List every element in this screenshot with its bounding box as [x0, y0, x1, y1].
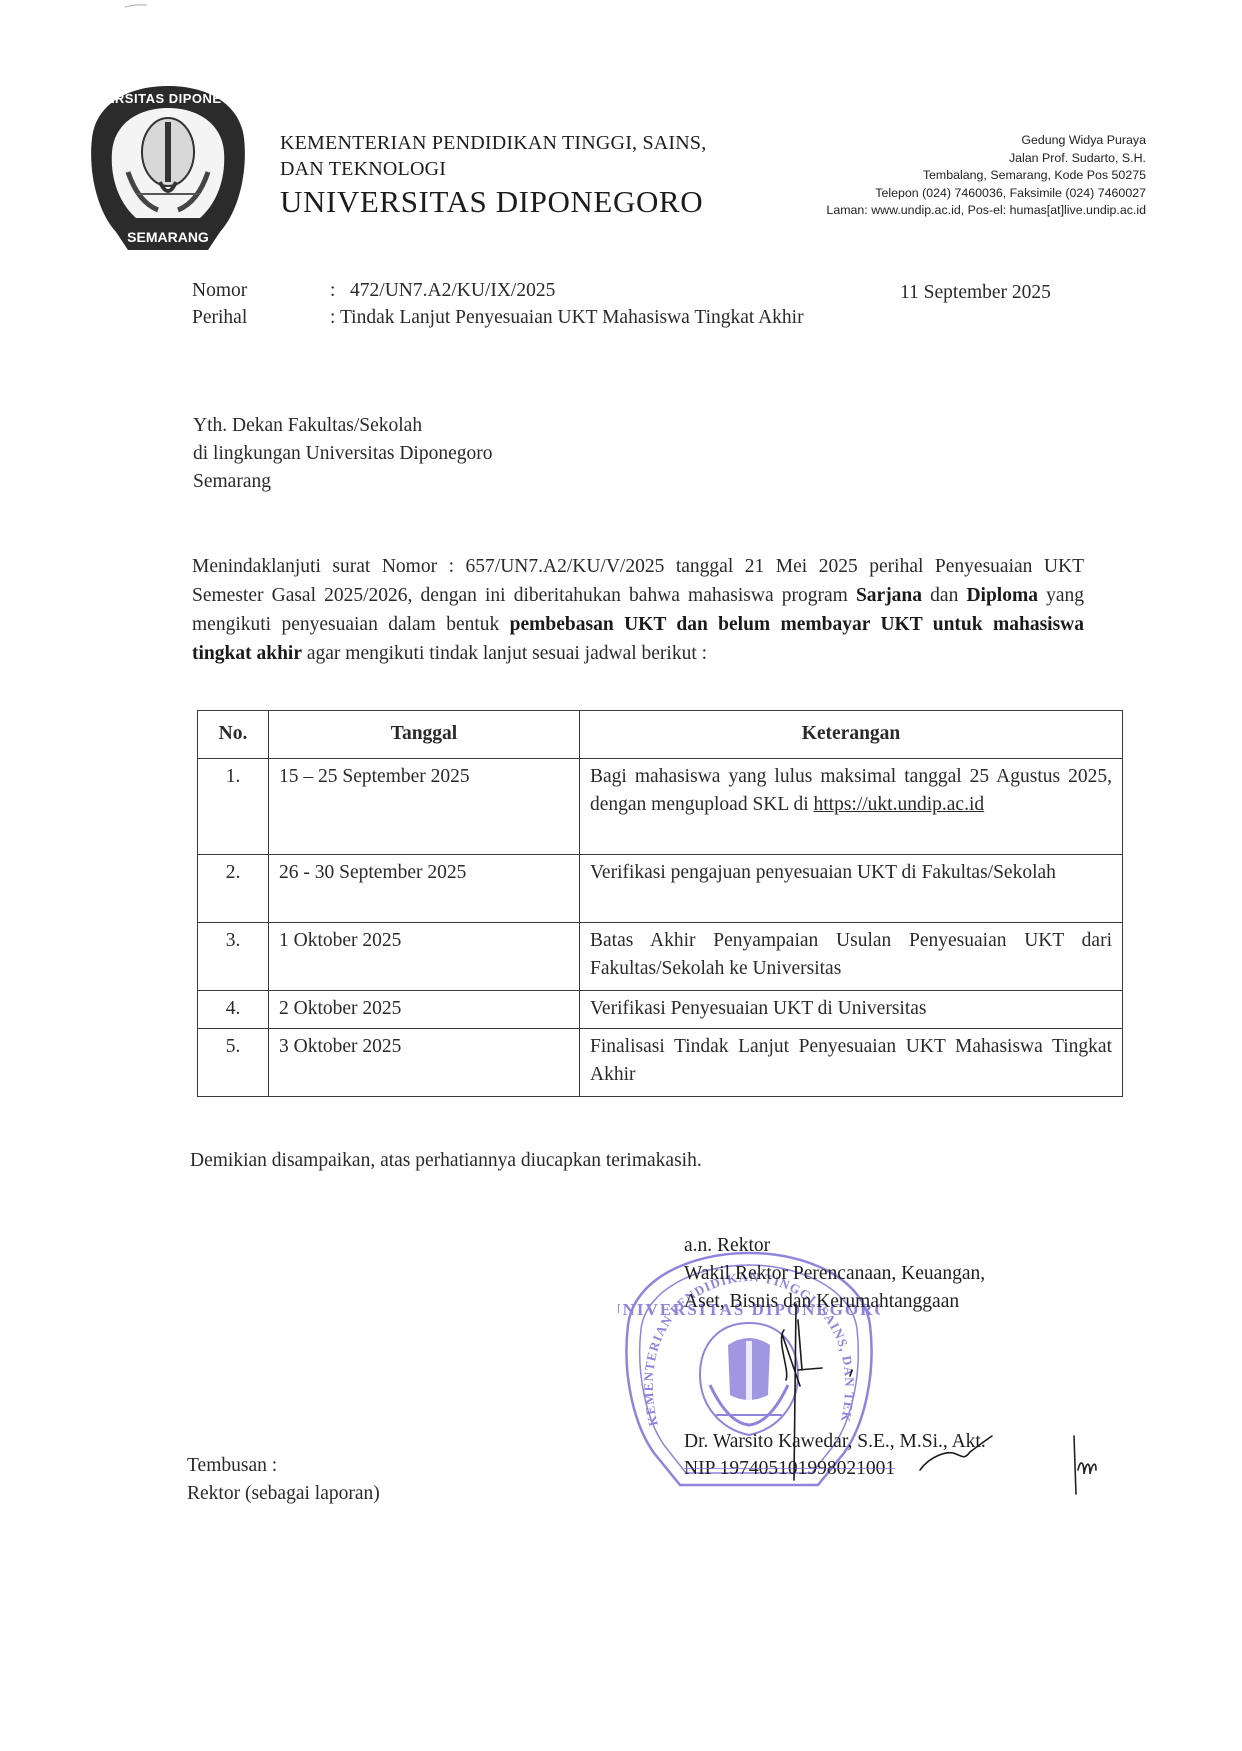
recipient-line-3: Semarang — [193, 468, 493, 496]
body-text: dan — [922, 585, 966, 606]
row-keterangan: Finalisasi Tindak Lanjut Penyesuaian UKT… — [580, 1029, 1123, 1097]
row-no: 2. — [198, 855, 269, 923]
table-row: 1. 15 – 25 September 2025 Bagi mahasiswa… — [198, 759, 1123, 855]
row-keterangan: Verifikasi Penyesuaian UKT di Universita… — [580, 991, 1123, 1029]
address-phone: Telepon (024) 7460036, Faksimile (024) 7… — [826, 185, 1146, 203]
table-row: 5. 3 Oktober 2025 Finalisasi Tindak Lanj… — [198, 1029, 1123, 1097]
row-keterangan: Verifikasi pengajuan penyesuaian UKT di … — [580, 855, 1123, 923]
letter-date: 11 September 2025 — [900, 282, 1051, 304]
row-keterangan: Bagi mahasiswa yang lulus maksimal tangg… — [580, 759, 1123, 855]
ukt-portal-link[interactable]: https://ukt.undip.ac.id — [814, 794, 985, 815]
schedule-table: No. Tanggal Keterangan 1. 15 – 25 Septem… — [197, 710, 1123, 1097]
address-web-email: Laman: www.undip.ac.id, Pos-el: humas[at… — [826, 202, 1146, 220]
row-tanggal: 1 Oktober 2025 — [269, 923, 580, 991]
tembusan-label: Tembusan : — [187, 1452, 380, 1480]
carbon-copy-block: Tembusan : Rektor (sebagai laporan) — [187, 1452, 380, 1508]
handwritten-signature-icon — [780, 1300, 1100, 1500]
ministry-name: KEMENTERIAN PENDIDIKAN TINGGI, SAINS, DA… — [280, 130, 706, 182]
table-row: 4. 2 Oktober 2025 Verifikasi Penyesuaian… — [198, 991, 1123, 1029]
body-bold-diploma: Diploma — [966, 585, 1038, 606]
row-no: 4. — [198, 991, 269, 1029]
perihal-label: Perihal — [192, 304, 330, 331]
recipient-block: Yth. Dekan Fakultas/Sekolah di lingkunga… — [193, 412, 493, 496]
perihal-value: : Tindak Lanjut Penyesuaian UKT Mahasisw… — [330, 304, 890, 331]
letter-meta: Nomor : 472/UN7.A2/KU/IX/2025 Perihal : … — [192, 277, 890, 331]
row-tanggal: 15 – 25 September 2025 — [269, 759, 580, 855]
svg-text:UNIVERSITAS DIPONEGORO: UNIVERSITAS DIPONEGORO — [88, 91, 248, 106]
address-building: Gedung Widya Puraya — [826, 132, 1146, 150]
closing-sentence: Demikian disampaikan, atas perhatiannya … — [190, 1150, 702, 1172]
header-tanggal: Tanggal — [269, 711, 580, 759]
recipient-line-1: Yth. Dekan Fakultas/Sekolah — [193, 412, 493, 440]
address-street: Jalan Prof. Sudarto, S.H. — [826, 150, 1146, 168]
row-no: 1. — [198, 759, 269, 855]
header-no: No. — [198, 711, 269, 759]
signatory-title-line-1: Wakil Rektor Perencanaan, Keuangan, — [684, 1260, 985, 1288]
nomor-value: : 472/UN7.A2/KU/IX/2025 — [330, 277, 890, 304]
row-tanggal: 26 - 30 September 2025 — [269, 855, 580, 923]
row-keterangan: Batas Akhir Penyampaian Usulan Penyesuai… — [580, 923, 1123, 991]
university-address: Gedung Widya Puraya Jalan Prof. Sudarto,… — [826, 132, 1146, 220]
table-row: 3. 1 Oktober 2025 Batas Akhir Penyampaia… — [198, 923, 1123, 991]
row-tanggal: 3 Oktober 2025 — [269, 1029, 580, 1097]
scan-artifact-mark — [125, 4, 147, 8]
tembusan-item: Rektor (sebagai laporan) — [187, 1480, 380, 1508]
header-keterangan: Keterangan — [580, 711, 1123, 759]
row-tanggal: 2 Oktober 2025 — [269, 991, 580, 1029]
ministry-line-1: KEMENTERIAN PENDIDIKAN TINGGI, SAINS, — [280, 130, 706, 156]
table-header-row: No. Tanggal Keterangan — [198, 711, 1123, 759]
row-no: 3. — [198, 923, 269, 991]
university-name: UNIVERSITAS DIPONEGORO — [280, 184, 703, 220]
body-paragraph: Menindaklanjuti surat Nomor : 657/UN7.A2… — [192, 552, 1084, 668]
nomor-label: Nomor — [192, 277, 330, 304]
paraf-initial-icon — [1070, 1430, 1110, 1500]
recipient-line-2: di lingkungan Universitas Diponegoro — [193, 440, 493, 468]
university-seal-logo-icon: UNIVERSITAS DIPONEGORO SEMARANG — [88, 82, 248, 257]
body-bold-sarjana: Sarjana — [856, 585, 922, 606]
table-row: 2. 26 - 30 September 2025 Verifikasi pen… — [198, 855, 1123, 923]
svg-text:SEMARANG: SEMARANG — [127, 229, 209, 245]
ministry-line-2: DAN TEKNOLOGI — [280, 156, 706, 182]
address-city: Tembalang, Semarang, Kode Pos 50275 — [826, 167, 1146, 185]
body-text: agar mengikuti tindak lanjut sesuai jadw… — [302, 643, 707, 664]
on-behalf-line: a.n. Rektor — [684, 1232, 985, 1260]
row-no: 5. — [198, 1029, 269, 1097]
